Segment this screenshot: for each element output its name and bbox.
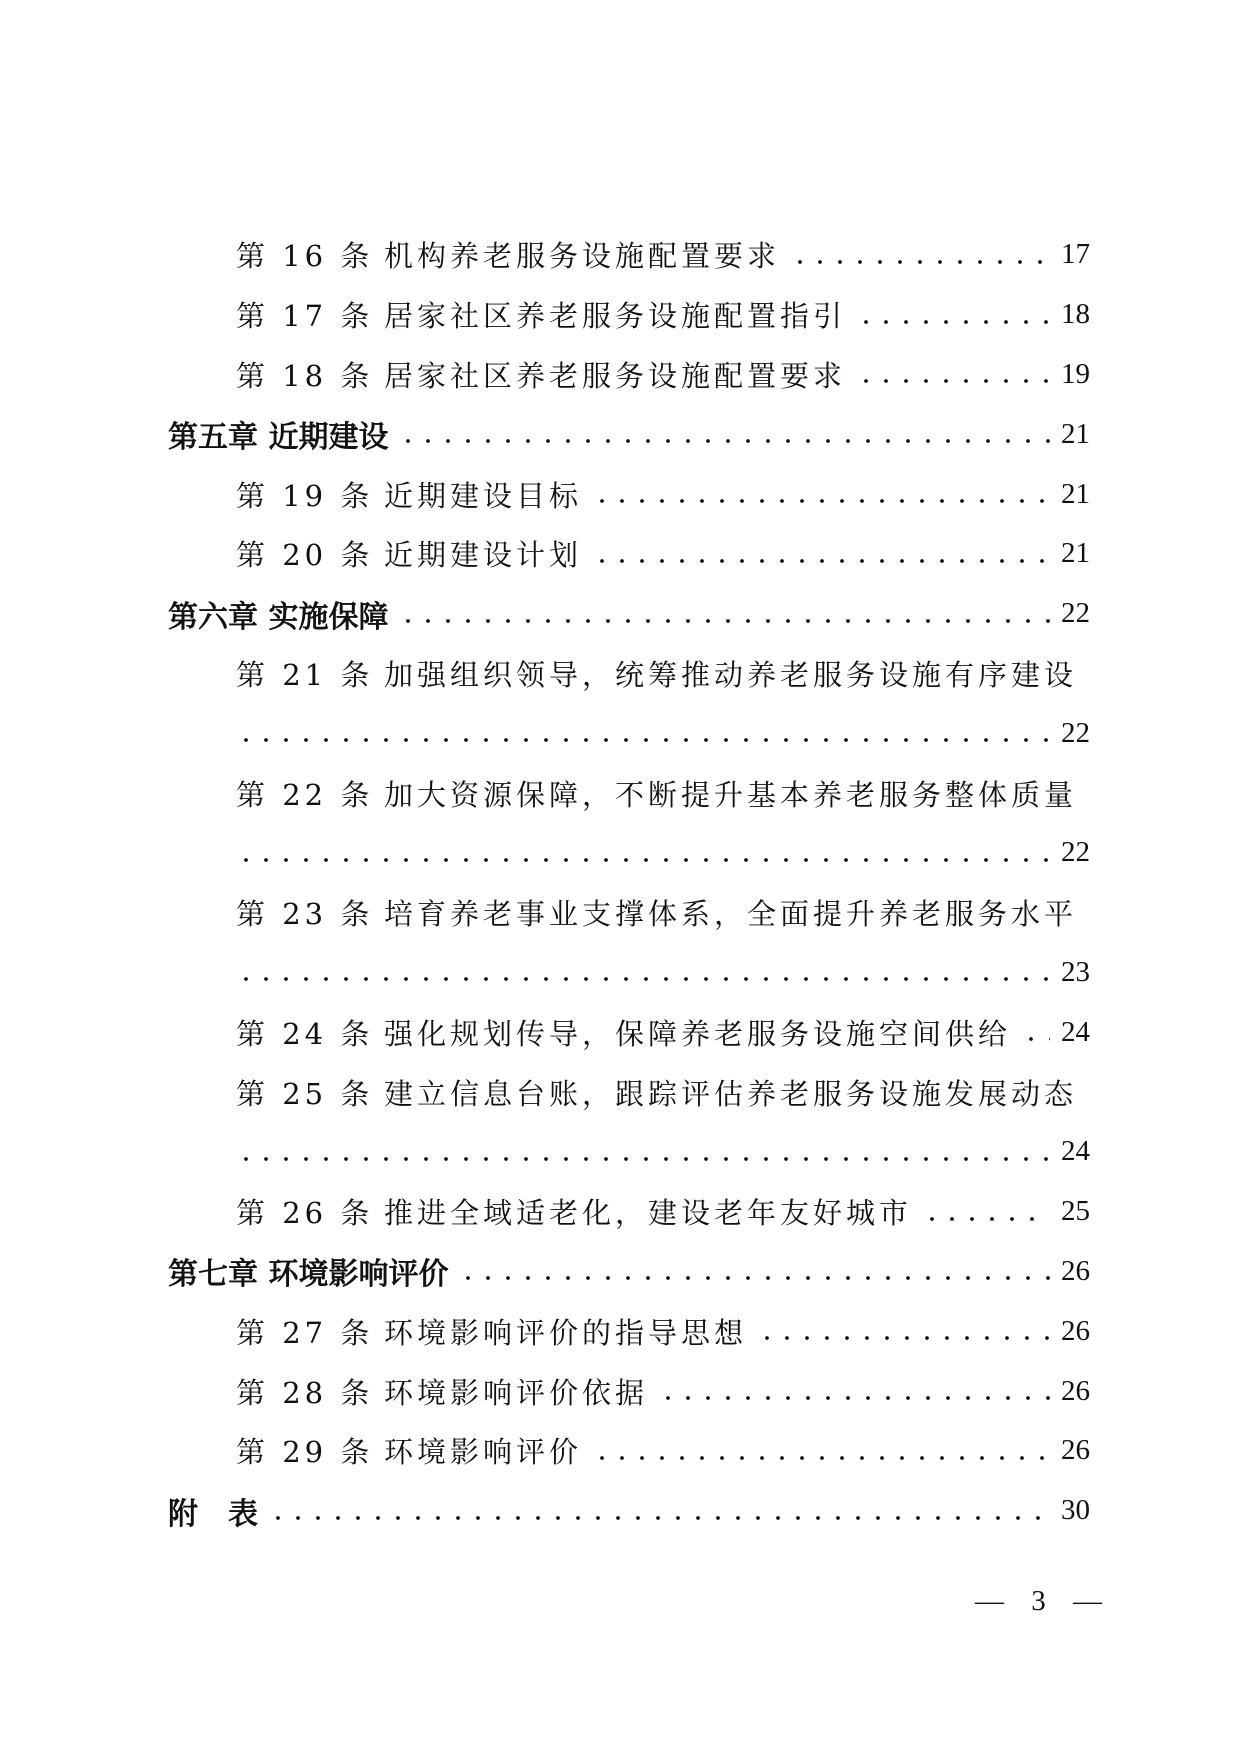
page-number: 26 [1058,1255,1090,1288]
table-of-contents: 第 16 条机构养老服务设施配置要求 17 第 17 条居家社区养老服务设施配置… [168,225,1090,1541]
article-number: 第 20 条 [236,533,384,574]
toc-entry-article-26[interactable]: 第 26 条推进全域适老化，建设老年友好城市 25 [168,1182,1090,1242]
article-number: 第 18 条 [236,354,384,395]
page-number: 21 [1058,478,1090,511]
article-number: 第 16 条 [236,234,384,275]
dot-leader [458,1276,1050,1280]
page-number: 18 [1058,298,1090,331]
toc-entry-article-23-continuation[interactable]: 23 [168,943,1090,1003]
page-number: 26 [1058,1315,1090,1348]
toc-entry-article-21-continuation[interactable]: 22 [168,703,1090,763]
entry-title: 居家社区养老服务设施配置要求 [384,359,846,393]
article-number: 第 19 条 [236,474,384,515]
entry-title: 推进全域适老化，建设老年友好城市 [384,1196,912,1230]
entry-title: 培育养老事业支撑体系，全面提升养老服务水平 [384,897,1077,931]
article-number: 第 17 条 [236,294,384,335]
entry-title: 环境影响评价依据 [384,1376,648,1410]
dot-leader [592,499,1050,503]
entry-title: 建立信息台账，跟踪评估养老服务设施发展动态 [384,1077,1077,1111]
dot-leader [856,379,1050,383]
dot-leader [1021,1037,1050,1041]
page-footer-number: — 3 — [975,1585,1112,1618]
entry-title: 加强组织领导，统筹推动养老服务设施有序建设 [384,658,1077,692]
toc-entry-article-28[interactable]: 第 28 条环境影响评价依据 26 [168,1361,1090,1421]
toc-entry-appendix[interactable]: 附 表 30 [168,1481,1090,1541]
toc-entry-article-25-continuation[interactable]: 24 [168,1122,1090,1182]
article-number: 第 21 条 [236,653,384,694]
appendix-title: 附 表 [168,1489,262,1533]
entry-title: 环境影响评价 [384,1435,582,1469]
toc-entry-article-19[interactable]: 第 19 条近期建设目标 21 [168,464,1090,524]
dot-leader [592,1456,1050,1460]
entry-title: 近期建设目标 [384,479,582,513]
toc-entry-article-17[interactable]: 第 17 条居家社区养老服务设施配置指引 18 [168,285,1090,345]
dot-leader [856,320,1050,324]
article-number: 第 25 条 [236,1072,384,1113]
toc-entry-article-25[interactable]: 第 25 条建立信息台账，跟踪评估养老服务设施发展动态 [168,1062,1090,1122]
article-number: 第 27 条 [236,1311,384,1352]
page-number: 19 [1058,358,1090,391]
dot-leader [658,1396,1050,1400]
dot-leader [268,1516,1050,1520]
article-number: 第 26 条 [236,1191,384,1232]
dot-leader [236,977,1050,981]
page-number: 24 [1058,1016,1090,1049]
dot-leader [236,1157,1050,1161]
page-number: 30 [1058,1494,1090,1527]
toc-entry-chapter-6[interactable]: 第六章 实施保障 22 [168,584,1090,644]
toc-entry-article-20[interactable]: 第 20 条近期建设计划 21 [168,524,1090,584]
dot-leader [922,1217,1050,1221]
toc-entry-article-29[interactable]: 第 29 条环境影响评价 26 [168,1421,1090,1481]
chapter-title: 第六章 实施保障 [168,592,392,636]
entry-title: 机构养老服务设施配置要求 [384,239,780,273]
page-number: 26 [1058,1434,1090,1467]
page-number: 22 [1058,717,1090,750]
toc-entry-article-27[interactable]: 第 27 条环境影响评价的指导思想 26 [168,1301,1090,1361]
entry-title: 强化规划传导，保障养老服务设施空间供给 [384,1017,1011,1051]
page-number: 22 [1058,597,1090,630]
dot-leader [790,260,1050,264]
page-number: 21 [1058,537,1090,570]
toc-entry-article-21[interactable]: 第 21 条加强组织领导，统筹推动养老服务设施有序建设 [168,644,1090,704]
page-number: 26 [1058,1375,1090,1408]
chapter-title: 第五章 近期建设 [168,412,392,456]
toc-entry-article-22-continuation[interactable]: 22 [168,823,1090,883]
toc-entry-article-23[interactable]: 第 23 条培育养老事业支撑体系，全面提升养老服务水平 [168,883,1090,943]
toc-entry-chapter-7[interactable]: 第七章 环境影响评价 26 [168,1242,1090,1302]
dot-leader [236,738,1050,742]
entry-title: 加大资源保障，不断提升基本养老服务整体质量 [384,778,1077,812]
page-number: 23 [1058,956,1090,989]
article-number: 第 24 条 [236,1012,384,1053]
toc-entry-chapter-5[interactable]: 第五章 近期建设 21 [168,404,1090,464]
article-number: 第 22 条 [236,773,384,814]
page-number: 24 [1058,1135,1090,1168]
entry-title: 居家社区养老服务设施配置指引 [384,299,846,333]
toc-entry-article-16[interactable]: 第 16 条机构养老服务设施配置要求 17 [168,225,1090,285]
page-number: 22 [1058,836,1090,869]
toc-entry-article-24[interactable]: 第 24 条强化规划传导，保障养老服务设施空间供给 24 [168,1002,1090,1062]
toc-entry-article-22[interactable]: 第 22 条加大资源保障，不断提升基本养老服务整体质量 [168,763,1090,823]
article-number: 第 23 条 [236,892,384,933]
article-number: 第 29 条 [236,1430,384,1471]
page-number: 25 [1058,1195,1090,1228]
dot-leader [398,439,1050,443]
entry-title: 近期建设计划 [384,538,582,572]
dot-leader [236,858,1050,862]
toc-entry-article-18[interactable]: 第 18 条居家社区养老服务设施配置要求 19 [168,345,1090,405]
page-number: 17 [1058,238,1090,271]
dot-leader [757,1336,1050,1340]
entry-title: 环境影响评价的指导思想 [384,1316,747,1350]
article-number: 第 28 条 [236,1371,384,1412]
dot-leader [592,559,1050,563]
dot-leader [398,619,1050,623]
page-number: 21 [1058,418,1090,451]
chapter-title: 第七章 环境影响评价 [168,1249,452,1293]
